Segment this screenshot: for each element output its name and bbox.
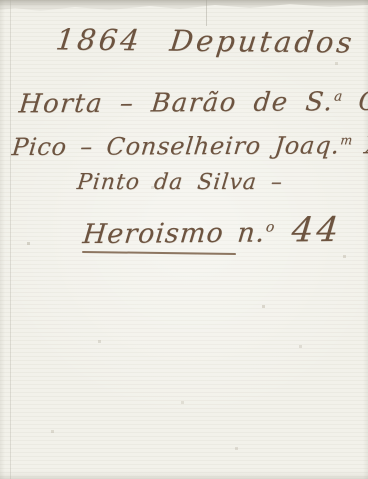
paper-specks bbox=[0, 0, 1, 1]
pico-text-pre: Pico – Conselheiro Joaq. bbox=[11, 131, 342, 161]
line-pico-deputy: Pico – Conselheiro Joaq.m Xavier bbox=[11, 131, 368, 161]
heroismo-underline-stroke bbox=[82, 251, 236, 256]
horta-text-post: Cruz bbox=[340, 87, 368, 118]
manuscript-page: 1864 Deputados Horta – Barão de S.a Cruz… bbox=[0, 0, 368, 479]
pico-text-post: Xavier bbox=[350, 131, 368, 160]
heroismo-word: Heroismo bbox=[81, 218, 225, 250]
paper-chain-line bbox=[10, 0, 11, 479]
heroismo-number-value: 44 bbox=[272, 210, 343, 251]
torn-top-edge bbox=[0, 0, 368, 14]
line-pico-deputy-continuation: Pinto da Silva – bbox=[76, 170, 285, 195]
heroismo-n-abbrev: n. bbox=[222, 218, 267, 249]
line-heroismo-number: Heroismo n.o 44 bbox=[81, 210, 343, 252]
year-title-text: 1864 Deputados bbox=[54, 22, 356, 59]
horta-text-pre: Horta – Barão de S. bbox=[18, 87, 336, 119]
pinto-text: Pinto da Silva – bbox=[76, 170, 285, 195]
line-year-title: 1864 Deputados bbox=[54, 22, 356, 59]
line-horta-deputy: Horta – Barão de S.a Cruz bbox=[18, 87, 368, 120]
paper-crease bbox=[206, 0, 207, 26]
